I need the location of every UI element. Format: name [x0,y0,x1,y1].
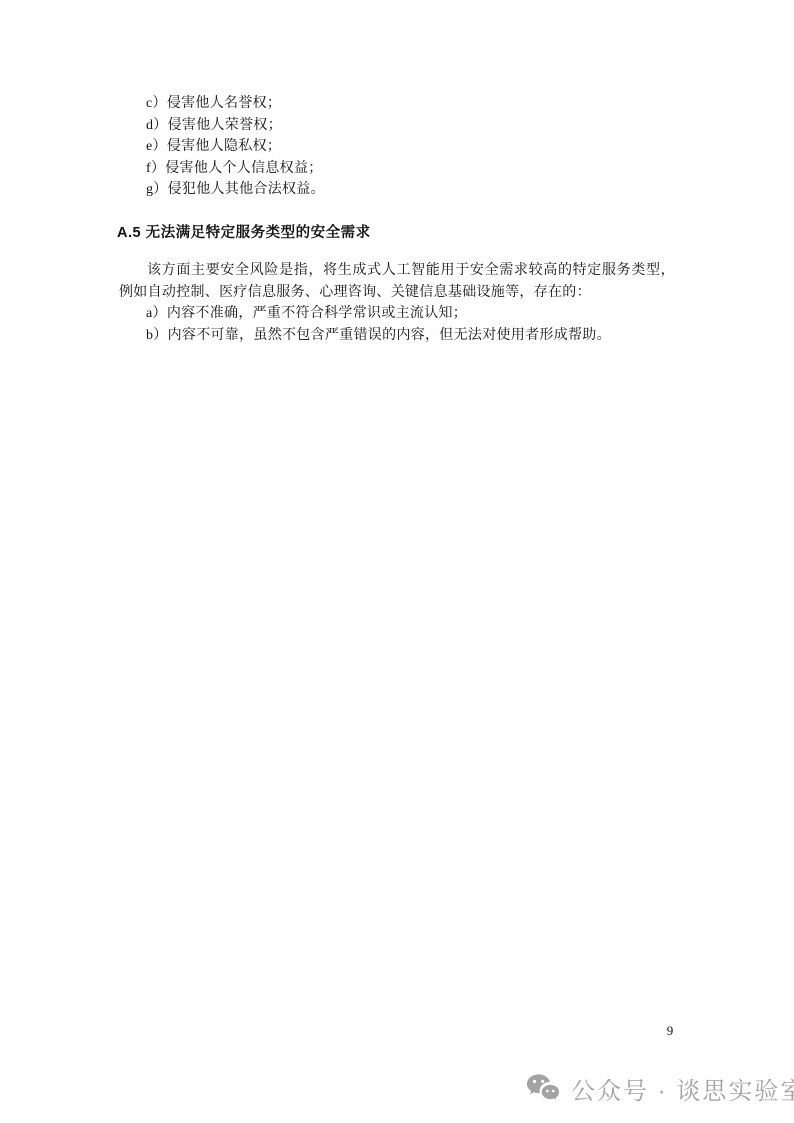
watermark-text: 公众号 · 谈思实验室 [571,1071,794,1106]
rights-infringement-list: c）侵害他人名誉权； d）侵害他人荣誉权； e）侵害他人隐私权； f）侵害他人个… [146,93,325,201]
list-item-d: d）侵害他人荣誉权； [146,115,325,137]
page-number: 9 [660,1023,680,1039]
list-item-g: g）侵犯他人其他合法权益。 [146,179,325,201]
section-heading-a5: A.5 无法满足特定服务类型的安全需求 [117,221,371,242]
list-item-f: f）侵害他人个人信息权益； [146,158,325,180]
wechat-icon [526,1073,560,1105]
list-item-b: b）内容不可靠，虽然不包含严重错误的内容，但无法对使用者形成帮助。 [146,325,611,347]
list-item-c: c）侵害他人名誉权； [146,93,325,115]
section-paragraph: 该方面主要安全风险是指，将生成式人工智能用于安全需求较高的特定服务类型，例如自动… [119,260,675,303]
list-item-a: a）内容不准确，严重不符合科学常识或主流认知； [146,303,611,325]
document-page: c）侵害他人名誉权； d）侵害他人荣誉权； e）侵害他人隐私权； f）侵害他人个… [0,0,794,1123]
list-item-e: e）侵害他人隐私权； [146,136,325,158]
watermark: 公众号 · 谈思实验室 [526,1071,794,1106]
service-risk-list: a）内容不准确，严重不符合科学常识或主流认知； b）内容不可靠，虽然不包含严重错… [146,303,611,346]
